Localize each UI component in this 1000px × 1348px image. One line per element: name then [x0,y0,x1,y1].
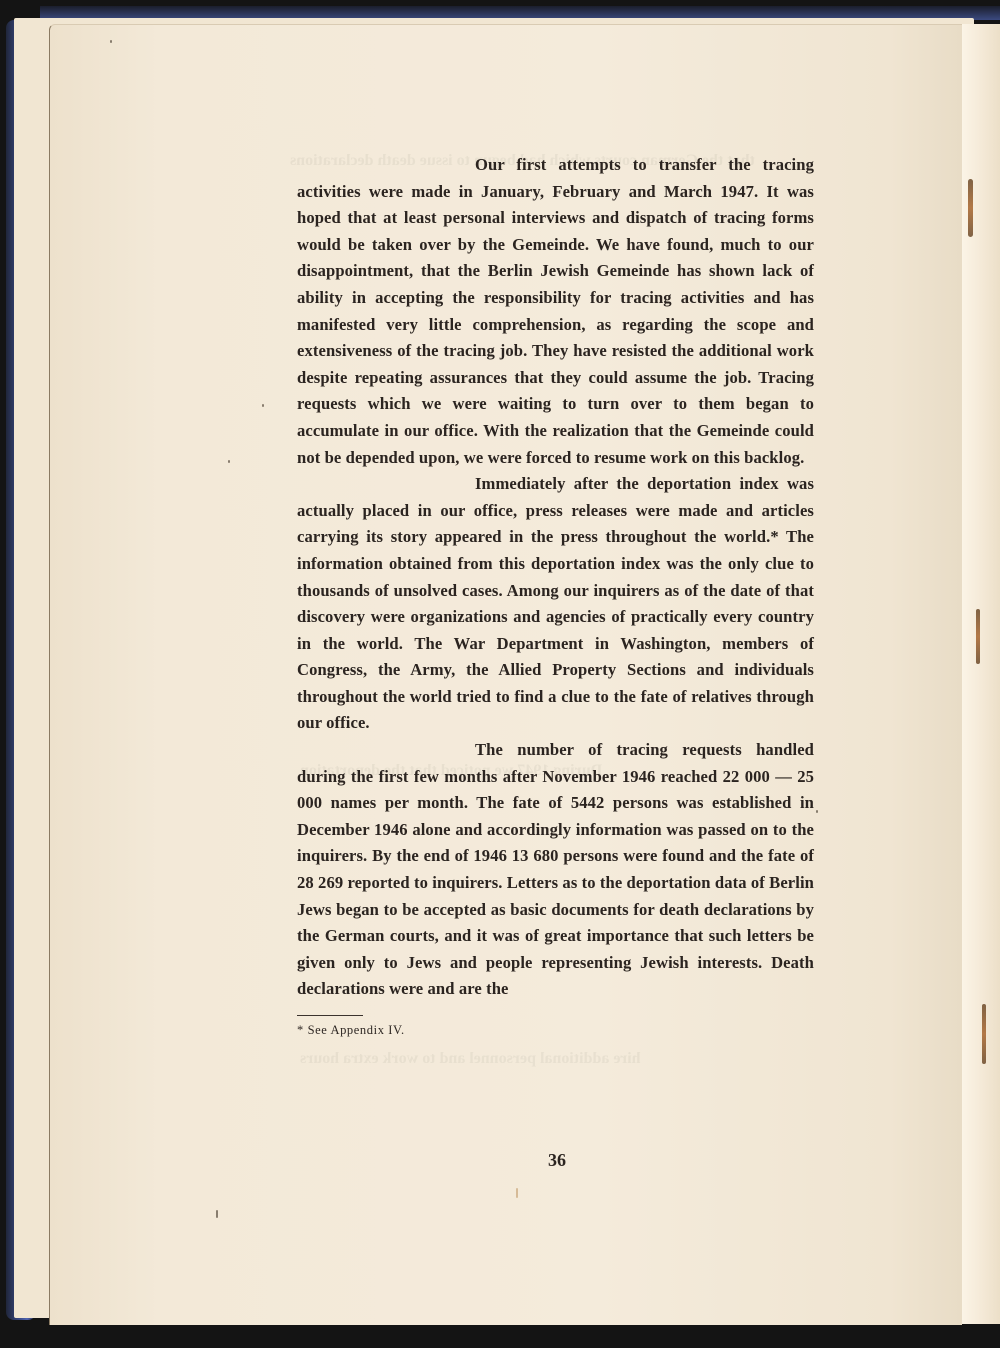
paper-speck [228,460,230,463]
page-number: 36 [548,1150,566,1171]
paper-speck [816,810,818,813]
paragraph: Immediately after the deportation index … [297,471,814,737]
paragraph: The number of tracing requests handled d… [297,737,814,1003]
rust-stain-mark [982,1004,986,1064]
paper-speck [262,404,264,407]
paper-speck [110,40,112,43]
paragraph: Our first attempts to transfer the traci… [297,152,814,471]
footnote-divider [297,1015,363,1016]
rust-stain-mark [968,179,973,237]
paper-speck [516,1188,518,1198]
body-text: Our first attempts to transfer the traci… [297,152,814,1039]
facing-page-edge [962,24,1000,1324]
reverse-side-showthrough: hire additional personnel and to work ex… [300,1050,641,1068]
paper-speck [216,1210,218,1218]
rust-stain-mark [976,609,980,664]
footnote: * See Appendix IV. [297,1021,814,1039]
